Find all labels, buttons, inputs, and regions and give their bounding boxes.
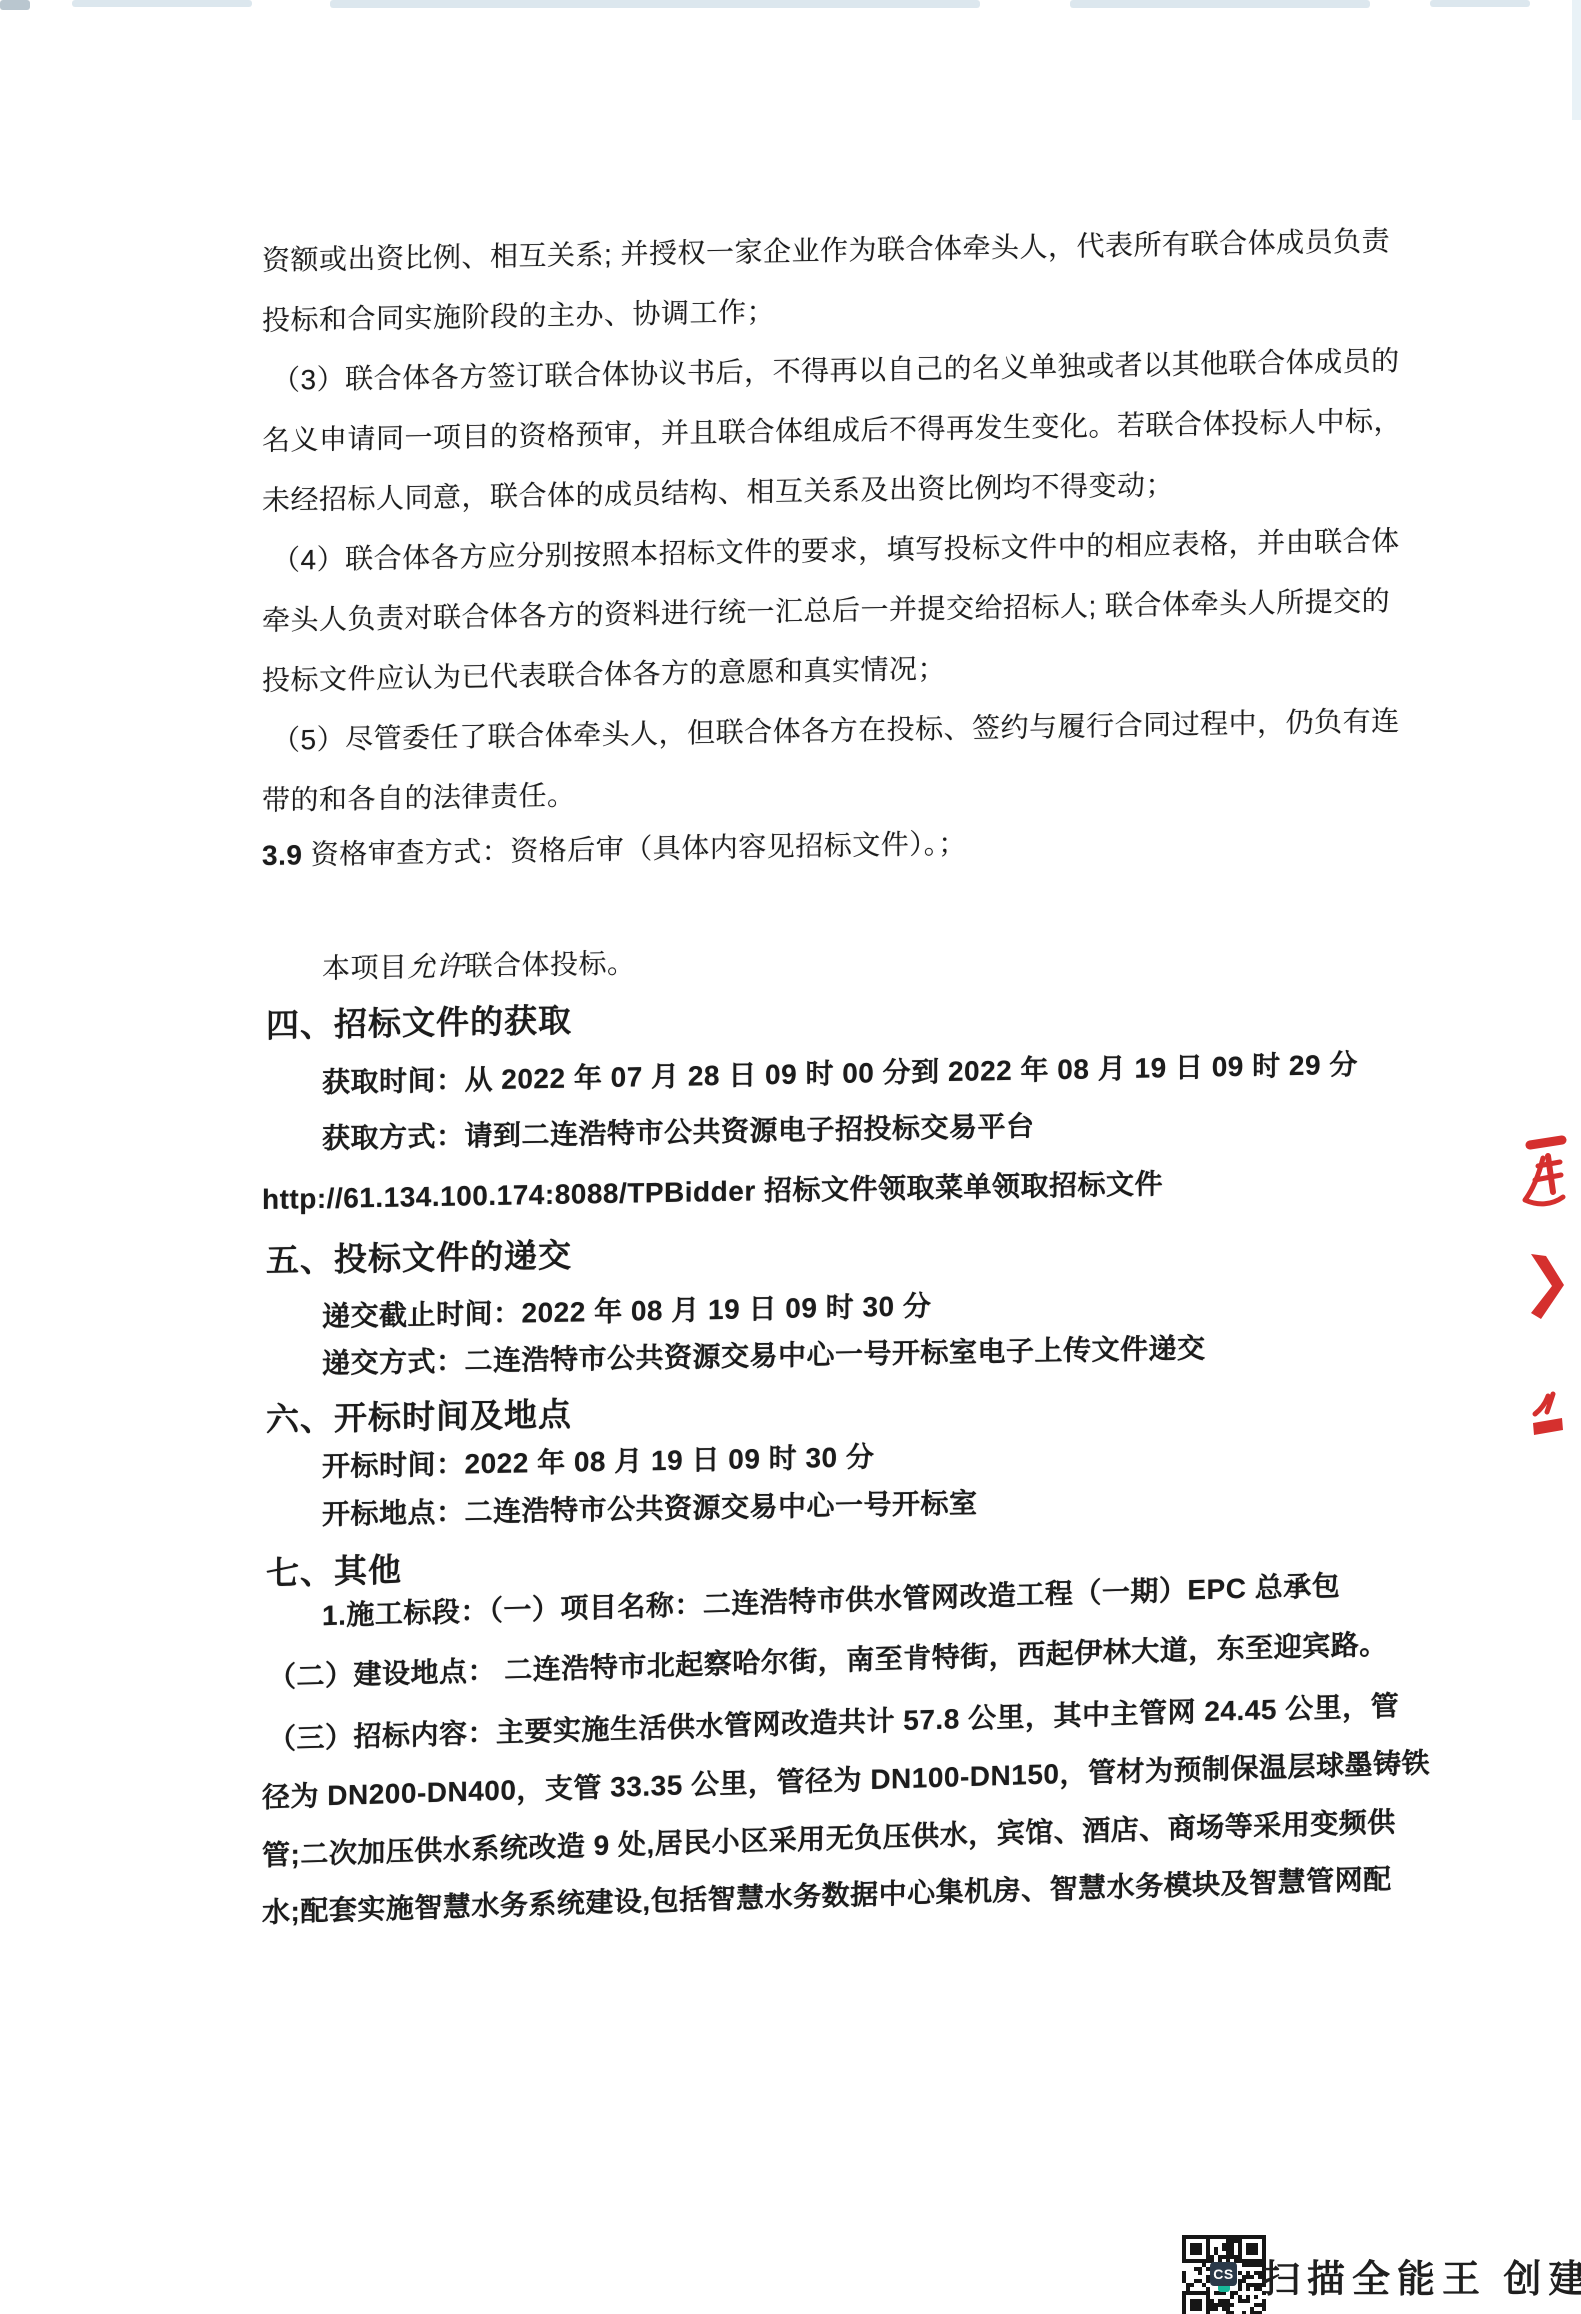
doc-line: 资额或出资比例、相互关系; 并授权一家企业作为联合体牵头人，代表所有联合体成员负… [262,223,1390,279]
document-body-lower: 七、其他 1.施工标段：（一）项目名称：二连浩特市供水管网改造工程（一期）EPC… [0,0,1581,2314]
doc-line: （4）联合体各方应分别按照本招标文件的要求，填写投标文件中的相应表格，并由联合体 [272,523,1400,579]
camscanner-badge: CS [1210,2262,1237,2286]
camscanner-badge-tab [1218,2286,1230,2292]
section-heading-5: 五、投标文件的递交 [266,1238,572,1279]
doc-line: 投标和合同实施阶段的主办、协调工作； [262,294,775,339]
emphasis-italic: 允许 [408,951,465,983]
doc-line-open-time: 开标时间：2022 年 08 月 19 日 09 时 30 分 [322,1439,874,1485]
scan-artifact [1572,0,1581,120]
scan-artifact [330,0,980,8]
doc-line-open-place: 开标地点：二连浩特市公共资源交易中心一号开标室 [322,1486,978,1533]
doc-line-project-name: 1.施工标段：（一）项目名称：二连浩特市供水管网改造工程（一期）EPC 总承包 [322,1568,1340,1634]
scan-artifact [72,0,252,7]
scan-artifact [0,0,30,10]
scan-credit-text: 扫描全能王 创建 [1262,2248,1581,2303]
doc-line-submit-method: 递交方式：二连浩特市公共资源交易中心一号开标室电子上传文件递交 [322,1331,1206,1382]
red-seal-fragment [1508,1128,1578,1448]
doc-line: （3）联合体各方签订联合体协议书后，不得再以自己的名义单独或者以其他联合体成员的 [272,343,1400,399]
doc-line-content-2: 径为 DN200-DN400，支管 33.35 公里，管径为 DN100-DN1… [262,1745,1430,1816]
doc-line-content-4: 水;配套实施智慧水务系统建设,包括智慧水务数据中心集机房、智慧水务模块及智慧管网… [262,1861,1392,1931]
doc-line: 带的和各自的法律责任。 [262,778,576,819]
doc-line-consortium: 本项目允许联合体投标。 [322,945,636,987]
doc-line-obtain-method: 获取方式：请到二连浩特市公共资源电子招投标交易平台 [322,1109,1035,1157]
scan-artifact [1070,0,1370,8]
doc-line-content-3: 管;二次加压供水系统改造 9 处,居民小区采用无负压供水，宾馆、酒店、商场等采用… [262,1804,1396,1874]
doc-line: 投标文件应认为已代表联合体各方的意愿和真实情况； [262,651,946,699]
scanned-document-page: 资额或出资比例、相互关系; 并授权一家企业作为联合体牵头人，代表所有联合体成员负… [0,0,1581,2314]
scan-artifact [1430,0,1530,7]
section-heading-4: 四、招标文件的获取 [266,1003,572,1044]
clause-text: 资格审查方式：资格后审（具体内容见招标文件）。； [302,828,966,871]
doc-line: （5）尽管委任了联合体牵头人，但联合体各方在投标、签约与履行合同过程中，仍负有连 [272,703,1400,759]
doc-line-location: （二）建设地点： 二连浩特市北起察哈尔街，南至肯特街，西起伊林大道，东至迎宾路。 [268,1627,1388,1696]
doc-line-obtain-time: 获取时间：从 2022 年 07 月 28 日 09 时 00 分到 2022 … [322,1047,1358,1101]
clause-number: 3.9 [262,839,302,871]
doc-line-qualification: 3.9 资格审查方式：资格后审（具体内容见招标文件）。； [262,826,967,874]
doc-line: 未经招标人同意，联合体的成员结构、相互关系及出资比例均不得变动； [262,467,1174,519]
doc-line-deadline: 递交截止时间：2022 年 08 月 19 日 09 时 30 分 [322,1288,931,1335]
section-heading-6: 六、开标时间及地点 [266,1397,572,1438]
document-body-upper: 资额或出资比例、相互关系; 并授权一家企业作为联合体牵头人，代表所有联合体成员负… [0,0,1581,2314]
doc-line-url: http://61.134.100.174:8088/TPBidder 招标文件… [262,1166,1163,1218]
qr-code: CS [1182,2235,1266,2314]
doc-line: 名义申请同一项目的资格预审，并且联合体组成后不得再发生变化。若联合体投标人中标， [262,403,1402,459]
section-heading-7: 七、其他 [266,1552,402,1592]
doc-line: 牵头人负责对联合体各方的资料进行统一汇总后一并提交给招标人; 联合体牵头人所提交… [262,583,1390,639]
doc-line-content-1: （三）招标内容：主要实施生活供水管网改造共计 57.8 公里，其中主管网 24.… [268,1688,1399,1758]
